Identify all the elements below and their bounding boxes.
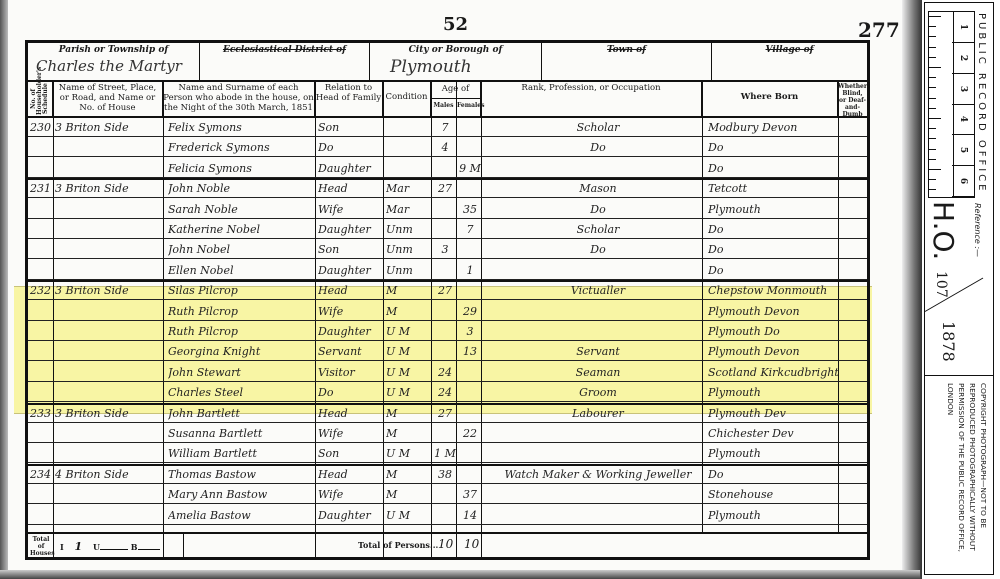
reference-class: H.O. <box>927 201 960 260</box>
street-address <box>55 506 163 525</box>
occupation: Servant <box>498 342 698 361</box>
public-record-office-title: PUBLIC RECORD OFFICE <box>976 13 987 193</box>
street-address <box>55 383 163 402</box>
street-address <box>55 302 163 321</box>
relation: Daughter <box>318 220 382 239</box>
relation: Daughter <box>318 506 382 525</box>
condition: M <box>386 465 430 484</box>
where-born: Plymouth <box>708 506 838 525</box>
city-value: Plymouth <box>390 57 472 77</box>
female-age <box>459 240 481 259</box>
person-name: John Noble <box>168 179 314 198</box>
female-age <box>459 281 481 300</box>
census-row: 2333 Briton SideJohn BartlettHeadM27Labo… <box>28 404 867 423</box>
condition: U M <box>386 342 430 361</box>
male-age: 27 <box>434 179 456 198</box>
male-age: 7 <box>434 118 456 137</box>
census-form: Parish or Township of Charles the Martyr… <box>25 40 870 560</box>
where-born: Chichester Dev <box>708 424 838 443</box>
schedule-number <box>28 138 53 157</box>
where-born: Chepstow Monmouth <box>708 281 838 300</box>
person-name: Silas Pilcrop <box>168 281 314 300</box>
condition: Unm <box>386 220 430 239</box>
occupation <box>498 322 698 341</box>
where-born: Scotland Kirkcudbright <box>708 363 838 382</box>
female-age: 22 <box>459 424 481 443</box>
reference-piece: 107 <box>933 271 949 298</box>
schedule-number <box>28 506 53 525</box>
person-name: Thomas Bastow <box>168 465 314 484</box>
schedule-number <box>28 200 53 219</box>
where-born: Do <box>708 159 838 178</box>
village-label: Village of <box>712 45 867 55</box>
schedule-number <box>28 159 53 178</box>
condition <box>386 159 430 178</box>
male-age: 24 <box>434 363 456 382</box>
street-address <box>55 240 163 259</box>
person-name: Ellen Nobel <box>168 261 314 280</box>
occupation <box>498 159 698 178</box>
copyright-notice: COPYRIGHT PHOTOGRAPH—NOT TO BE REPRODUCE… <box>931 383 989 569</box>
relation: Son <box>318 240 382 259</box>
condition: Mar <box>386 179 430 198</box>
male-age: 27 <box>434 281 456 300</box>
where-born: Tetcott <box>708 179 838 198</box>
street-address <box>55 342 163 361</box>
person-name: Amelia Bastow <box>168 506 314 525</box>
page-edge-shadow <box>0 0 8 579</box>
total-males: 10 <box>438 537 453 551</box>
where-born: Plymouth Do <box>708 322 838 341</box>
female-age: 13 <box>459 342 481 361</box>
total-houses-label: Total of Houses <box>30 536 52 557</box>
census-row: Charles SteelDoU M24GroomPlymouth <box>28 383 867 402</box>
folio-number: 277 <box>858 18 900 42</box>
male-age <box>434 220 456 239</box>
relation: Wife <box>318 302 382 321</box>
where-born: Do <box>708 220 838 239</box>
census-row: Sarah NobleWifeMar35DoPlymouth <box>28 200 867 219</box>
reference-grid-cell: 6 <box>952 166 974 197</box>
relation: Head <box>318 404 382 423</box>
condition <box>386 118 430 137</box>
person-name: Mary Ann Bastow <box>168 485 314 504</box>
parish-label: Parish or Township of <box>28 45 199 55</box>
col-where-born: Where Born <box>702 80 838 118</box>
relation: Wife <box>318 485 382 504</box>
street-address: 4 Briton Side <box>55 465 163 484</box>
condition: M <box>386 281 430 300</box>
occupation: Scholar <box>498 220 698 239</box>
condition: M <box>386 302 430 321</box>
female-age: 7 <box>459 220 481 239</box>
census-row: Felicia SymonsDaughter9 MDo <box>28 159 867 178</box>
person-name: Ruth Pilcrop <box>168 322 314 341</box>
female-age <box>459 118 481 137</box>
male-age <box>434 200 456 219</box>
reference-grid-cell: 1 <box>952 12 974 43</box>
village-cell: Village of <box>712 43 867 80</box>
male-age <box>434 322 456 341</box>
male-age: 38 <box>434 465 456 484</box>
census-row: 2313 Briton SideJohn NobleHeadMar27Mason… <box>28 179 867 198</box>
census-row: 2303 Briton SideFelix SymonsSon7ScholarM… <box>28 118 867 137</box>
condition <box>386 138 430 157</box>
reference-grid-cell: 5 <box>952 135 974 166</box>
female-age: 9 M <box>459 159 481 178</box>
person-name: Felicia Symons <box>168 159 314 178</box>
parish-value: Charles the Martyr <box>36 57 182 75</box>
person-name: Felix Symons <box>168 118 314 137</box>
male-age: 24 <box>434 383 456 402</box>
relation: Son <box>318 444 382 463</box>
where-born: Modbury Devon <box>708 118 838 137</box>
male-age <box>434 424 456 443</box>
relation: Son <box>318 118 382 137</box>
relation: Head <box>318 281 382 300</box>
street-address: 3 Briton Side <box>55 118 163 137</box>
relation: Daughter <box>318 261 382 280</box>
census-row: John StewartVisitorU M24SeamanScotland K… <box>28 363 867 382</box>
condition: M <box>386 404 430 423</box>
males-label: Males <box>431 102 456 109</box>
female-age: 37 <box>459 485 481 504</box>
street-address <box>55 138 163 157</box>
female-age: 29 <box>459 302 481 321</box>
female-age: 14 <box>459 506 481 525</box>
total-females: 10 <box>464 537 479 551</box>
city-label: City or Borough of <box>370 45 541 55</box>
census-row: Ruth PilcropDaughterU M3Plymouth Do <box>28 322 867 341</box>
street-address: 3 Briton Side <box>55 404 163 423</box>
occupation: Watch Maker & Working Jeweller <box>498 465 698 484</box>
person-name: Ruth Pilcrop <box>168 302 314 321</box>
male-age <box>434 506 456 525</box>
male-age: 3 <box>434 240 456 259</box>
census-row: Mary Ann BastowWifeM37Stonehouse <box>28 485 867 504</box>
census-row: John NobelSonUnm3DoDo <box>28 240 867 259</box>
relation: Head <box>318 179 382 198</box>
census-rows: 2303 Briton SideFelix SymonsSon7ScholarM… <box>28 118 867 540</box>
male-age: 27 <box>434 404 456 423</box>
city-cell: City or Borough of Plymouth <box>370 43 542 80</box>
relation: Daughter <box>318 159 382 178</box>
occupation: Mason <box>498 179 698 198</box>
page-binding-shadow <box>902 0 922 579</box>
occupation: Do <box>498 240 698 259</box>
person-name: John Nobel <box>168 240 314 259</box>
relation: Do <box>318 138 382 157</box>
col-occupation: Rank, Profession, or Occupation <box>481 80 702 118</box>
occupation: Seaman <box>498 363 698 382</box>
where-born: Plymouth <box>708 383 838 402</box>
relation: Servant <box>318 342 382 361</box>
street-address <box>55 200 163 219</box>
census-row: Frederick SymonsDo4DoDo <box>28 138 867 157</box>
street-address <box>55 424 163 443</box>
female-age <box>459 444 481 463</box>
schedule-number <box>28 424 53 443</box>
person-name: John Bartlett <box>168 404 314 423</box>
census-row: 2344 Briton SideThomas BastowHeadM38Watc… <box>28 465 867 484</box>
schedule-number <box>28 363 53 382</box>
where-born: Plymouth Devon <box>708 342 838 361</box>
col-name: Name and Surname of each Person who abod… <box>163 80 315 118</box>
schedule-number <box>28 485 53 504</box>
census-row: Georgina KnightServantU M13ServantPlymou… <box>28 342 867 361</box>
street-address <box>55 220 163 239</box>
condition: U M <box>386 506 430 525</box>
where-born: Stonehouse <box>708 485 838 504</box>
col-relation: Relation to Head of Family <box>315 80 383 118</box>
condition: M <box>386 485 430 504</box>
census-row: Katherine NobelDaughterUnm7ScholarDo <box>28 220 867 239</box>
female-age <box>459 404 481 423</box>
person-name: Georgina Knight <box>168 342 314 361</box>
street-address <box>55 444 163 463</box>
census-row: William BartlettSonU M1 MPlymouth <box>28 444 867 463</box>
ecclesiastical-cell: Ecclesiastical District of <box>200 43 370 80</box>
reference-folio: 1878 <box>939 321 958 362</box>
where-born: Plymouth Devon <box>708 302 838 321</box>
census-row: Susanna BartlettWifeM22Chichester Dev <box>28 424 867 443</box>
schedule-number: 231 <box>28 179 53 198</box>
male-age <box>434 159 456 178</box>
schedule-number <box>28 240 53 259</box>
schedule-number: 233 <box>28 404 53 423</box>
inhabited-value: 1 <box>75 540 83 553</box>
col-street: Name of Street, Place, or Road, and Name… <box>53 80 163 118</box>
where-born: Plymouth <box>708 200 838 219</box>
condition: U M <box>386 444 430 463</box>
relation: Head <box>318 465 382 484</box>
ruler-scale <box>928 11 954 198</box>
person-name: Katherine Nobel <box>168 220 314 239</box>
relation: Wife <box>318 200 382 219</box>
female-age <box>459 363 481 382</box>
condition: M <box>386 424 430 443</box>
female-age <box>459 179 481 198</box>
town-cell: Town of <box>542 43 712 80</box>
occupation: Victualler <box>498 281 698 300</box>
male-age <box>434 261 456 280</box>
occupation <box>498 506 698 525</box>
street-address <box>55 159 163 178</box>
occupation: Do <box>498 138 698 157</box>
schedule-number <box>28 342 53 361</box>
male-age <box>434 342 456 361</box>
schedule-number <box>28 383 53 402</box>
occupation <box>498 485 698 504</box>
relation: Daughter <box>318 322 382 341</box>
female-age <box>459 138 481 157</box>
male-age <box>434 302 456 321</box>
occupation: Labourer <box>498 404 698 423</box>
where-born: Plymouth <box>708 444 838 463</box>
page-bottom-shadow <box>0 570 920 579</box>
person-name: William Bartlett <box>168 444 314 463</box>
male-age: 4 <box>434 138 456 157</box>
occupation <box>498 261 698 280</box>
female-age <box>459 383 481 402</box>
ecclesiastical-label: Ecclesiastical District of <box>200 45 369 55</box>
person-name: John Stewart <box>168 363 314 382</box>
female-age: 3 <box>459 322 481 341</box>
schedule-number <box>28 302 53 321</box>
census-row: Amelia BastowDaughterU M14Plymouth <box>28 506 867 525</box>
street-address: 3 Briton Side <box>55 281 163 300</box>
person-name: Frederick Symons <box>168 138 314 157</box>
occupation <box>498 424 698 443</box>
person-name: Sarah Noble <box>168 200 314 219</box>
person-name: Susanna Bartlett <box>168 424 314 443</box>
females-label: Females <box>456 102 482 109</box>
schedule-number <box>28 261 53 280</box>
col-condition: Condition <box>383 80 431 118</box>
male-age <box>434 485 456 504</box>
parish-cell: Parish or Township of Charles the Martyr <box>28 43 200 80</box>
schedule-number <box>28 444 53 463</box>
occupation <box>498 302 698 321</box>
reference-label: Reference :— <box>973 203 982 257</box>
where-born: Do <box>708 261 838 280</box>
total-persons-label: Total of Persons... <box>358 540 438 550</box>
where-born: Do <box>708 465 838 484</box>
relation: Visitor <box>318 363 382 382</box>
census-row: Ruth PilcropWifeM29Plymouth Devon <box>28 302 867 321</box>
col-schedule: No. of Householder's Schedule <box>28 80 53 118</box>
condition: U M <box>386 383 430 402</box>
female-age: 35 <box>459 200 481 219</box>
occupation: Do <box>498 200 698 219</box>
census-row: 2323 Briton SideSilas PilcropHeadM27Vict… <box>28 281 867 300</box>
reference-grid-cell: 3 <box>952 74 974 105</box>
female-age: 1 <box>459 261 481 280</box>
page-number: 52 <box>443 14 468 35</box>
col-blind-deaf: Whether Blind, or Deaf-and-Dumb <box>838 80 867 118</box>
reference-strip: 123456 PUBLIC RECORD OFFICE Reference :—… <box>924 2 994 575</box>
condition: Unm <box>386 240 430 259</box>
where-born: Do <box>708 138 838 157</box>
occupation: Scholar <box>498 118 698 137</box>
where-born: Do <box>708 240 838 259</box>
female-age <box>459 465 481 484</box>
town-label: Town of <box>542 45 711 55</box>
reference-grid-cell: 4 <box>952 104 974 135</box>
reference-grid-cell: 2 <box>952 43 974 74</box>
street-address <box>55 363 163 382</box>
schedule-number <box>28 220 53 239</box>
schedule-number: 230 <box>28 118 53 137</box>
occupation <box>498 444 698 463</box>
street-address: 3 Briton Side <box>55 179 163 198</box>
reference-grid: 123456 <box>952 11 975 198</box>
occupation: Groom <box>498 383 698 402</box>
totals-row: Total of Houses I 1 U B Total of Persons… <box>28 532 867 557</box>
condition: Unm <box>386 261 430 280</box>
census-row: Ellen NobelDaughterUnm1Do <box>28 261 867 280</box>
street-address <box>55 322 163 341</box>
condition: U M <box>386 363 430 382</box>
male-age: 1 M <box>434 444 456 463</box>
schedule-number: 232 <box>28 281 53 300</box>
condition: Mar <box>386 200 430 219</box>
census-page: 52 277 Parish or Township of Charles the… <box>0 0 920 579</box>
condition: U M <box>386 322 430 341</box>
street-address <box>55 485 163 504</box>
street-address <box>55 261 163 280</box>
person-name: Charles Steel <box>168 383 314 402</box>
relation: Do <box>318 383 382 402</box>
relation: Wife <box>318 424 382 443</box>
houses-inhabited: I 1 U B <box>60 540 160 553</box>
schedule-number <box>28 322 53 341</box>
where-born: Plymouth Dev <box>708 404 838 423</box>
schedule-number: 234 <box>28 465 53 484</box>
location-header: Parish or Township of Charles the Martyr… <box>28 43 867 82</box>
